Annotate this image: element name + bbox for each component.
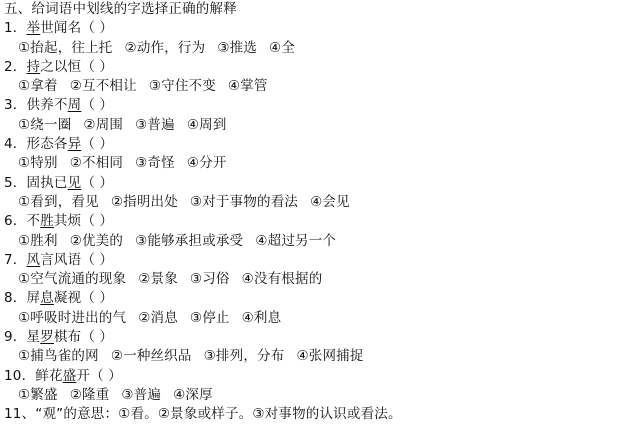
option-1: ①捕鸟雀的网 [18, 348, 99, 364]
option-3: ③守住不变 [149, 78, 216, 94]
term-suffix: 言风语 [40, 252, 81, 268]
option-1: ①绕一圈 [18, 117, 71, 133]
term-prefix: 星 [27, 329, 41, 345]
option-3: ③奇怪 [135, 155, 175, 171]
question-line: 5．固执已见 （ ） [4, 174, 402, 193]
term-suffix: 凝视 [54, 290, 81, 306]
question-line: 9．星罗棋布（ ） [4, 328, 402, 347]
option-1: ①空气流通的现象 [18, 271, 126, 287]
question-line: 10．鲜花盛开（ ） [4, 367, 402, 386]
option-1: ①特别 [18, 155, 58, 171]
option-4: ④没有根据的 [242, 271, 323, 287]
underlined-char: 见 [68, 175, 82, 191]
option-3: ③对于事物的看法 [190, 194, 298, 210]
answer-blank[interactable]: （ ） [81, 289, 113, 308]
option-2: ②消息 [138, 310, 178, 326]
options-line: ①拿着②互不相让③守住不变④掌管 [4, 77, 402, 96]
question-line: 6．不胜其烦 （ ） [4, 212, 402, 231]
option-3: ③普遍 [135, 117, 175, 133]
options-line: ①看到，看见②指明出处③对于事物的看法④会见 [4, 193, 402, 212]
option-4: ④张网捕捉 [296, 348, 363, 364]
option-4: ④全 [269, 40, 295, 56]
option-3: ③普遍 [121, 387, 161, 403]
worksheet: 五、给词语中划线的字选择正确的解释 1．举世闻名（ ）①抬起，往上托②动作，行为… [4, 0, 402, 425]
underlined-char: 风 [27, 252, 41, 268]
answer-blank[interactable]: （ ） [81, 96, 113, 115]
question-number: 5． [4, 174, 27, 193]
option-2: ②隆重 [70, 387, 110, 403]
question-number: 9． [4, 328, 27, 347]
option-4: ④周到 [187, 117, 227, 133]
option-3: ③习俗 [190, 271, 230, 287]
answer-blank[interactable]: （ ） [81, 58, 113, 77]
answer-blank[interactable]: （ ） [81, 251, 113, 270]
option-3: ③能够承担或承受 [135, 233, 243, 249]
question-number: 7． [4, 251, 27, 270]
underlined-char: 息 [40, 290, 54, 306]
option-1: ①拿着 [18, 78, 58, 94]
option-4: ④利息 [242, 310, 282, 326]
term-suffix: 棋布 [54, 329, 81, 345]
term-prefix: 固执已 [27, 175, 68, 191]
option-4: ④分开 [187, 155, 227, 171]
question-line: 8．屏息凝视（ ） [4, 289, 402, 308]
question-line: 2．持之以恒 （ ） [4, 58, 402, 77]
term-suffix: 开 [76, 368, 90, 384]
term-suffix: 其烦 [54, 213, 81, 229]
term-prefix: 供养不 [27, 97, 68, 113]
question-11-line: 11、“观”的意思：①看。②景象或样子。③对事物的认识或看法。 [4, 405, 402, 424]
option-2: ②互不相让 [70, 78, 137, 94]
underlined-char: 盛 [63, 368, 77, 384]
answer-blank[interactable]: （ ） [81, 135, 113, 154]
question-number: 6． [4, 212, 27, 231]
options-line: ①捕鸟雀的网②一种丝织品③排列，分布④张网捕捉 [4, 347, 402, 366]
options-line: ①繁盛②隆重③普遍④深厚 [4, 386, 402, 405]
option-1: ①呼吸时进出的气 [18, 310, 126, 326]
option-4: ④超过另一个 [255, 233, 336, 249]
section-title: 五、给词语中划线的字选择正确的解释 [4, 0, 402, 19]
question-line: 3．供养不周 （ ） [4, 96, 402, 115]
question-line: 1．举世闻名（ ） [4, 19, 402, 38]
options-line: ①绕一圈②周围③普遍④周到 [4, 116, 402, 135]
option-2: ②景象 [138, 271, 178, 287]
question-number: 8． [4, 289, 27, 308]
term-prefix: 不 [27, 213, 41, 229]
option-2: ②周围 [83, 117, 123, 133]
question-line: 7．风言风语（ ） [4, 251, 402, 270]
underlined-char: 异 [68, 136, 82, 152]
answer-blank[interactable]: （ ） [81, 328, 113, 347]
option-1: ①胜利 [18, 233, 58, 249]
term-prefix: 屏 [27, 290, 41, 306]
option-2: ②一种丝织品 [111, 348, 192, 364]
options-line: ①胜利②优美的③能够承担或承受④超过另一个 [4, 232, 402, 251]
options-line: ①空气流通的现象②景象③习俗④没有根据的 [4, 270, 402, 289]
answer-blank[interactable]: （ ） [90, 367, 122, 386]
answer-blank[interactable]: （ ） [81, 212, 113, 231]
option-2: ②优美的 [70, 233, 123, 249]
question-number: 1． [4, 19, 27, 38]
option-4: ④掌管 [228, 78, 268, 94]
underlined-char: 胜 [40, 213, 54, 229]
options-line: ①呼吸时进出的气②消息③停止④利息 [4, 309, 402, 328]
underlined-char: 罗 [40, 329, 54, 345]
option-3: ③排列，分布 [204, 348, 285, 364]
option-1: ①抬起，往上托 [18, 40, 113, 56]
term-prefix: 鲜花 [35, 368, 62, 384]
option-4: ④深厚 [173, 387, 213, 403]
term-suffix: 世闻名 [40, 20, 81, 36]
option-2: ②动作，行为 [125, 40, 206, 56]
term-suffix: 之以恒 [40, 59, 81, 75]
underlined-char: 举 [27, 20, 41, 36]
underlined-char: 周 [68, 97, 82, 113]
question-number: 2． [4, 58, 27, 77]
options-line: ①特别②不相同③奇怪④分开 [4, 154, 402, 173]
option-2: ②指明出处 [111, 194, 178, 210]
term-prefix: 形态各 [27, 136, 68, 152]
question-number: 4． [4, 135, 27, 154]
answer-blank[interactable]: （ ） [81, 19, 113, 38]
question-number: 3． [4, 96, 27, 115]
options-line: ①抬起，往上托②动作，行为③推选④全 [4, 39, 402, 58]
question-line: 4．形态各异 （ ） [4, 135, 402, 154]
option-4: ④会见 [310, 194, 350, 210]
answer-blank[interactable]: （ ） [81, 174, 113, 193]
option-2: ②不相同 [70, 155, 123, 171]
question-number: 10． [4, 367, 35, 386]
option-1: ①看到，看见 [18, 194, 99, 210]
underlined-char: 持 [27, 59, 41, 75]
option-3: ③停止 [190, 310, 230, 326]
option-3: ③推选 [217, 40, 257, 56]
option-1: ①繁盛 [18, 387, 58, 403]
